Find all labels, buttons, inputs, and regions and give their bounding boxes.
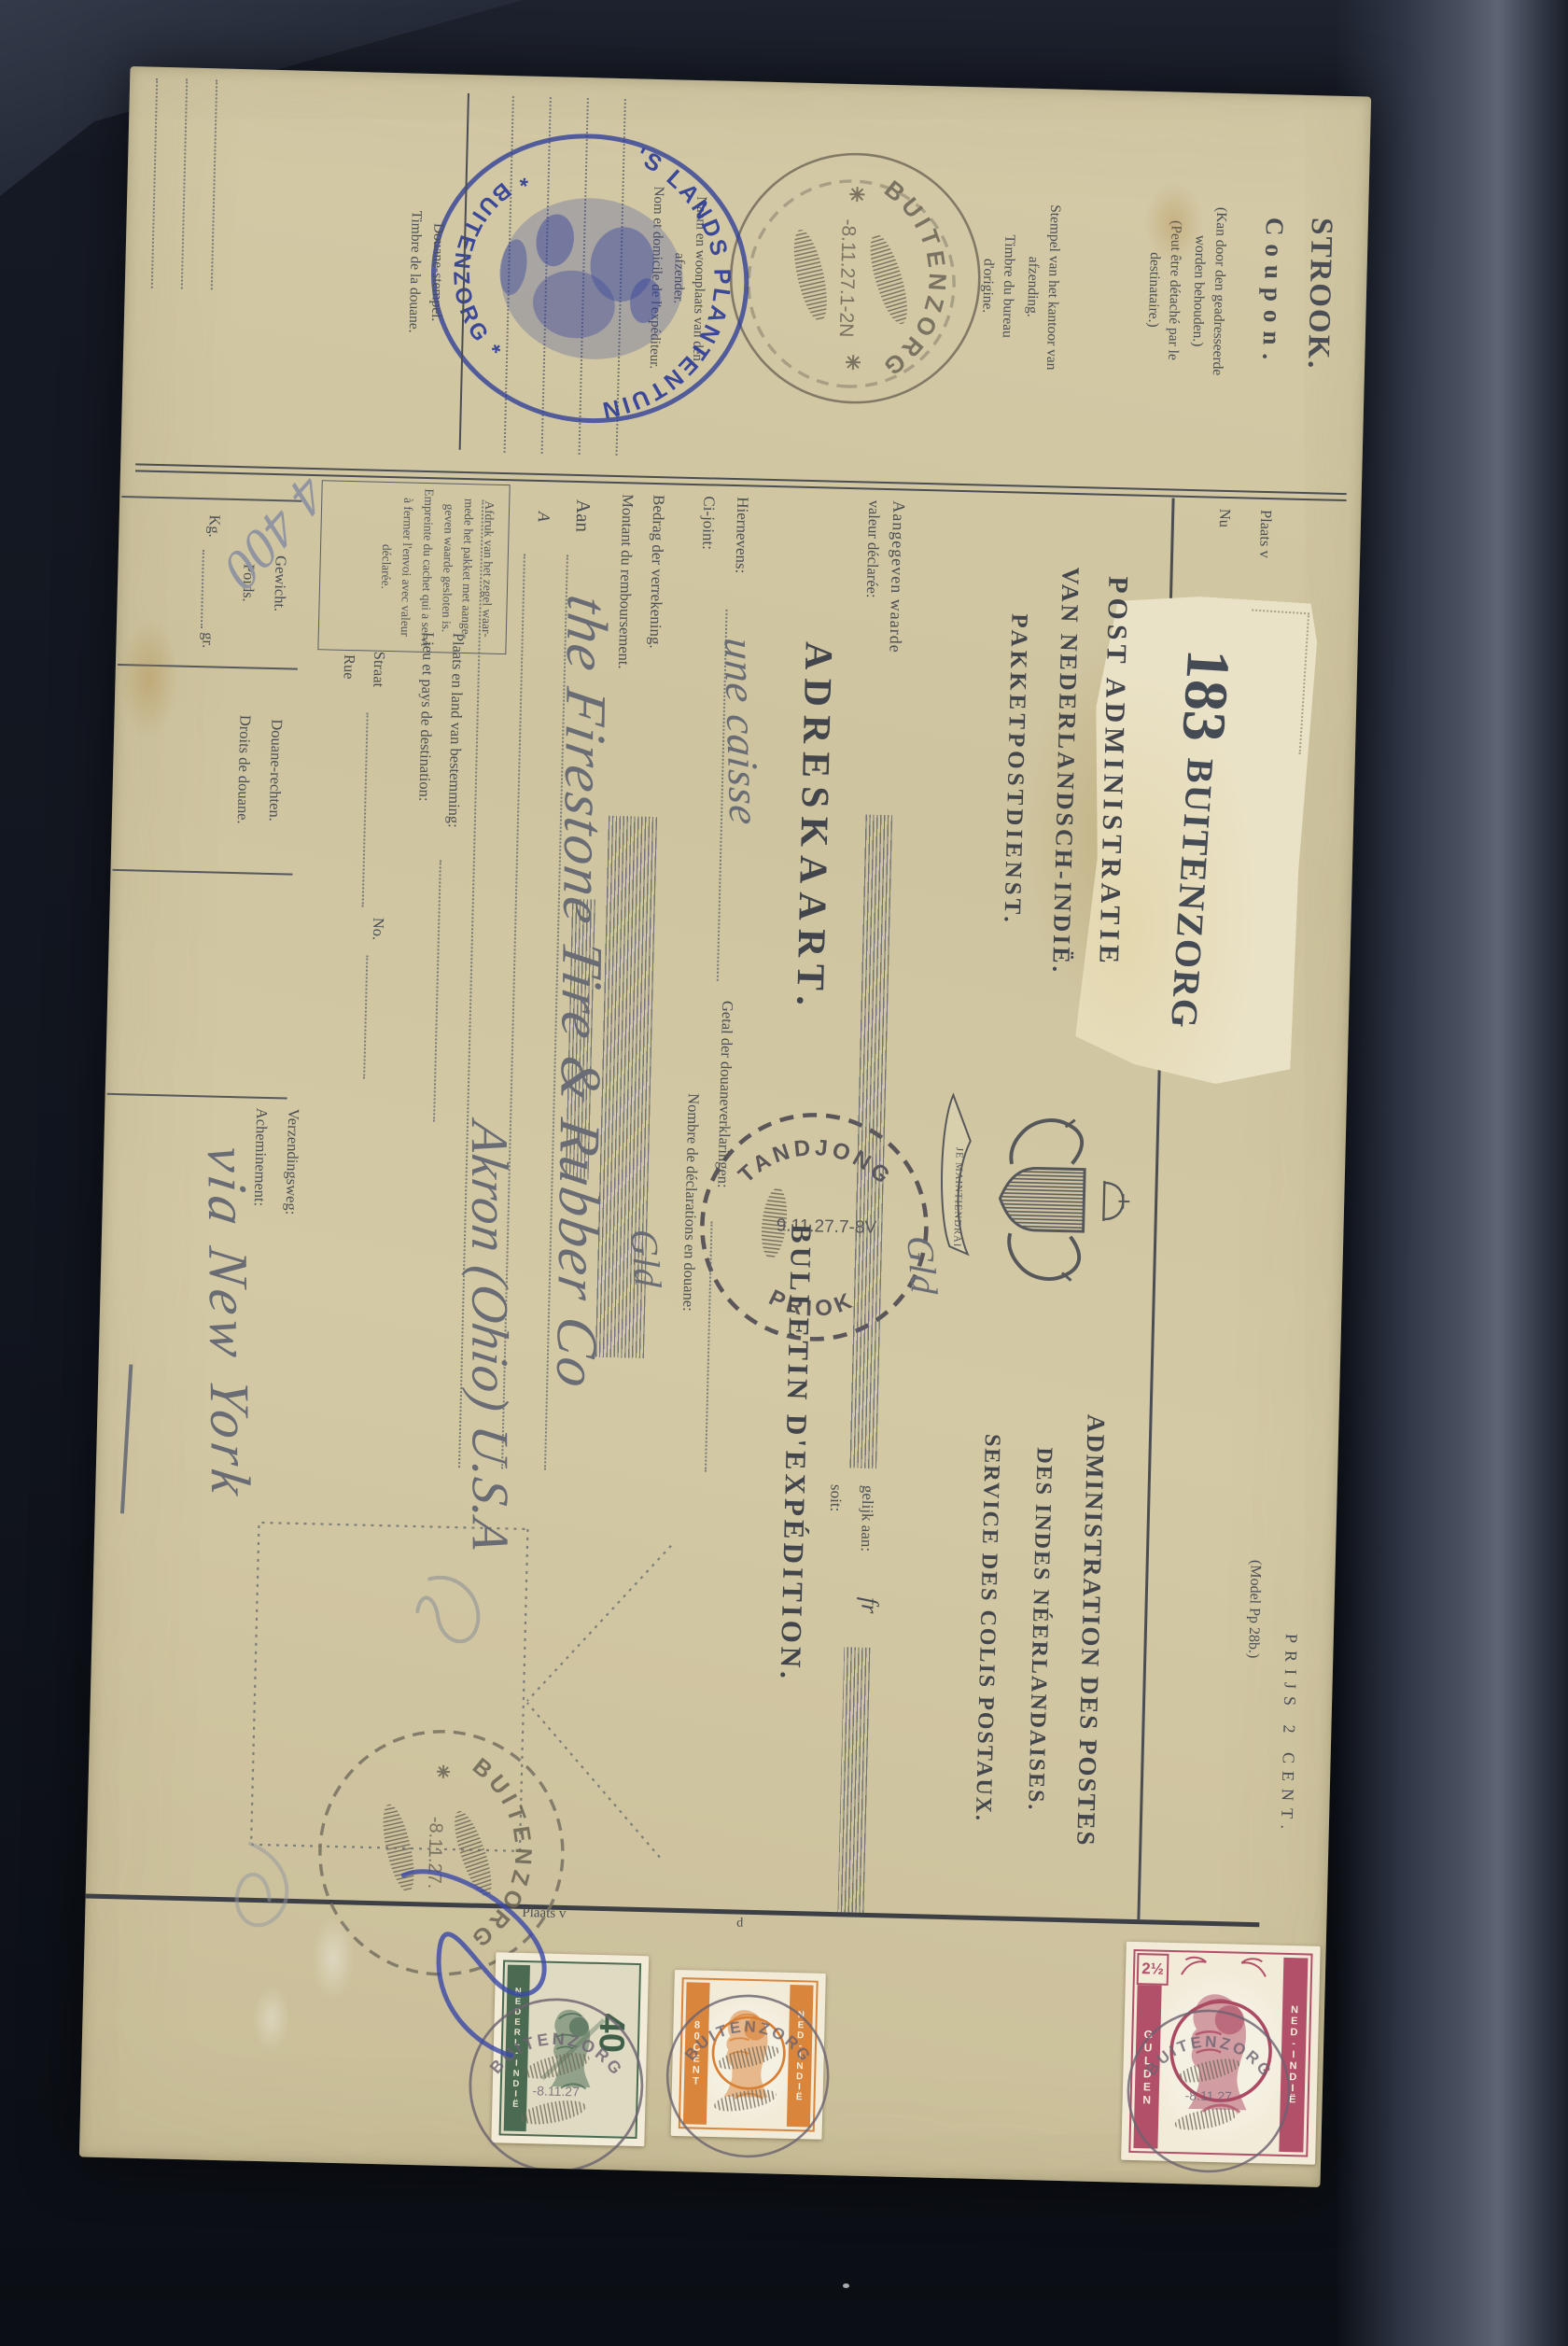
destination-label-fr: Lieu et pays de destination: <box>414 632 438 802</box>
kg-label: Kg. <box>204 514 224 538</box>
house-number-write-line <box>363 956 368 1079</box>
routing-label-nl: Verzendingsweg: <box>281 1108 302 1215</box>
strip-bottom-write-line <box>181 79 188 289</box>
hiernevens-label: Hiernevens: <box>731 497 752 574</box>
form-price: PRIJS 2 CENT. <box>1276 1634 1302 1837</box>
postmark-date: -8.11.27.1-2N <box>835 218 860 337</box>
header-dutch-line: VAN NEDERLANDSCH-INDIË. <box>1043 481 1087 1061</box>
bottom-cell-divider <box>107 1093 287 1100</box>
void-hatch-bar <box>837 1647 870 1915</box>
netherlands-coat-of-arms: JE MAINTIENDRAI <box>928 1087 1134 1311</box>
gram-label: gr. <box>198 632 217 648</box>
number-label: Nu <box>1214 509 1234 528</box>
handwritten-value-note: Gld <box>622 1229 670 1288</box>
equal-to-label: gelijk aan: <box>857 1485 878 1552</box>
destination-label-nl: Plaats en land van bestemming: <box>443 633 468 828</box>
adreskaart-title: ADRESKAART. <box>784 641 842 1015</box>
header-french-line: ADMINISTRATION DES POSTES <box>1067 1322 1113 1939</box>
pencil-squiggle <box>409 1560 496 1665</box>
pencil-loop <box>219 1833 306 1947</box>
place-of-posting-label: Plaats v <box>1254 510 1275 558</box>
settlement-label-nl: Bedrag der verrekening. <box>645 495 668 649</box>
house-number-label: No. <box>368 918 387 941</box>
seal-box-line: Empreinte du cachet qui a servi <box>415 484 440 652</box>
dust-speck <box>843 2283 849 2288</box>
handwritten-value-note: Gld <box>898 1236 946 1296</box>
handwritten-contents: une caisse <box>715 637 770 827</box>
seal-imprint-box: Afdruk van het zegel waar- mede het pakk… <box>317 480 510 654</box>
stamp-area-caption-fragment: d <box>736 1916 743 1932</box>
handwritten-route-dash <box>120 1364 133 1513</box>
street-label-fr: Rue <box>339 654 358 680</box>
header-french-line: DES INDES NÉERLANDAISES. <box>1018 1321 1061 1938</box>
handwritten-route: via New York <box>194 1143 262 1504</box>
francs-symbol: fr <box>854 1597 885 1614</box>
handstamp-coat-of-arms-blob <box>489 186 694 372</box>
parcel-address-card: STROOK. Coupon. (Kan door den geadressee… <box>79 66 1371 2187</box>
ci-joint-label: Ci-joint: <box>698 496 720 550</box>
chalk-mark <box>252 1986 291 2052</box>
form-model-number: (Model Pp 28b.) <box>1243 1560 1265 1659</box>
destination-write-line <box>433 860 441 1121</box>
aan-label: Aan <box>570 499 595 533</box>
strip-title: STROOK. <box>1295 95 1344 493</box>
cancel-date: -8.11.27 <box>532 2083 580 2099</box>
header-french-line: SERVICE DES COLIS POSTAUX. <box>966 1320 1009 1937</box>
customs-duties-label-nl: Douane-rechten. <box>263 669 287 871</box>
strip-bottom-write-line <box>211 79 217 289</box>
registration-number: 183 <box>1167 647 1243 744</box>
soit-label: soit: <box>826 1484 847 1512</box>
stamp-palm-ornament <box>1163 1954 1285 1981</box>
seal-box-line: à fermer l'envoi avec valeur <box>395 483 419 651</box>
label-dotted-border <box>1243 609 1309 754</box>
blue-ink-flourish <box>371 1847 581 2075</box>
photo-background: STROOK. Coupon. (Kan door den geadressee… <box>0 0 1568 2346</box>
seal-box-line: Afdruk van het zegel waar- <box>476 485 500 653</box>
declared-value-label-fr: valeur déclarée: <box>861 499 883 597</box>
registration-office: BUITENZORG <box>1162 757 1223 1032</box>
paper-stain <box>118 617 180 740</box>
handwritten-addressee: the Firestone Tire & Rubber Co <box>542 591 620 1394</box>
strip-bottom-write-line <box>151 78 158 288</box>
header-dutch-line: PAKKETPOSTDIENST. <box>994 480 1037 1060</box>
cancel-ring-red-stamp: BUITENZORG -8.11.27 <box>1113 1996 1305 2187</box>
street-write-line <box>362 712 369 906</box>
seal-box-line: geven waarde gesloten is. <box>435 484 459 652</box>
handwritten-destination: Akron (Ohio) U.S.A <box>459 1118 520 1557</box>
declared-value-label-nl: Aangegeven waarde <box>885 500 909 653</box>
kg-write-line <box>201 550 204 628</box>
strip-subtitle: Coupon. <box>1252 94 1293 492</box>
a-label: A <box>533 512 554 523</box>
cancel-date: -8.11.27 <box>1184 2087 1232 2103</box>
plastic-sleeve-reflection-right <box>1335 0 1568 2346</box>
street-label-nl: Straat <box>369 652 389 688</box>
customs-duties-label-fr: Droits de douane. <box>231 668 256 870</box>
cancel-ring-orange-stamp: BUITENZORG <box>652 1980 844 2171</box>
